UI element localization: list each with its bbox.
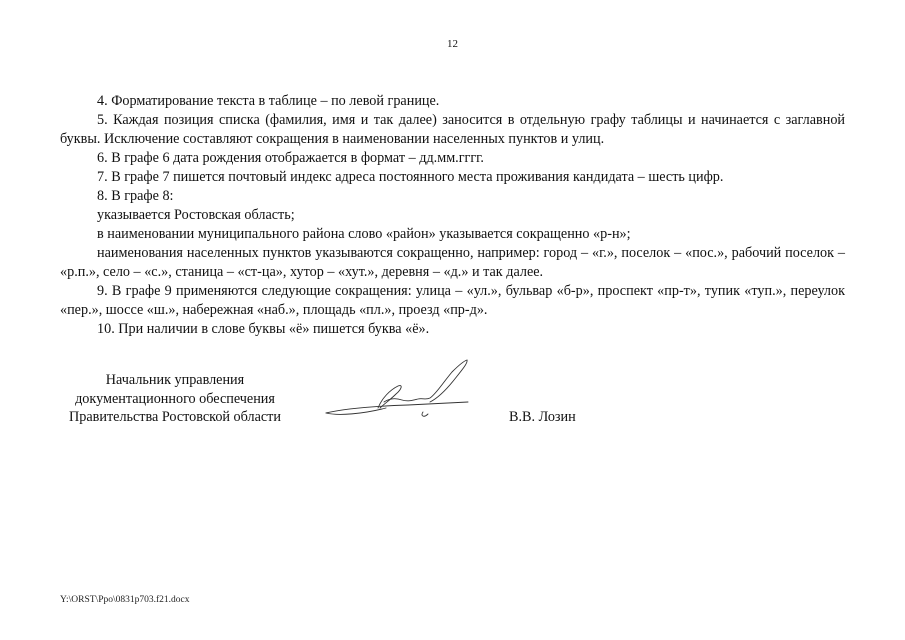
- paragraph-8: 8. В графе 8:: [60, 187, 845, 206]
- signatory-name: В.В. Лозин: [509, 408, 576, 426]
- position-line-1: Начальник управления: [60, 371, 290, 390]
- paragraph-4: 4. Форматирование текста в таблице – по …: [60, 92, 845, 111]
- paragraph-7: 7. В графе 7 пишется почтовый индекс адр…: [60, 168, 845, 187]
- signatory-position: Начальник управления документационного о…: [60, 371, 290, 427]
- paragraph-8-settlements: наименования населенных пунктов указываю…: [60, 244, 845, 282]
- position-line-2: документационного обеспечения: [60, 390, 290, 409]
- paragraph-8-district: в наименовании муниципального района сло…: [60, 225, 845, 244]
- paragraph-9: 9. В графе 9 применяются следующие сокра…: [60, 282, 845, 320]
- page-number: 12: [0, 38, 905, 50]
- paragraph-8-region: указывается Ростовская область;: [60, 206, 845, 225]
- paragraph-6: 6. В графе 6 дата рождения отображается …: [60, 149, 845, 168]
- handwritten-signature: [318, 358, 483, 423]
- file-path-footer: Y:\ORST\Ppo\0831p703.f21.docx: [60, 595, 190, 605]
- document-body: 4. Форматирование текста в таблице – по …: [60, 92, 845, 339]
- position-line-3: Правительства Ростовской области: [60, 408, 290, 427]
- paragraph-10: 10. При наличии в слове буквы «ё» пишетс…: [60, 320, 845, 339]
- paragraph-5: 5. Каждая позиция списка (фамилия, имя и…: [60, 111, 845, 149]
